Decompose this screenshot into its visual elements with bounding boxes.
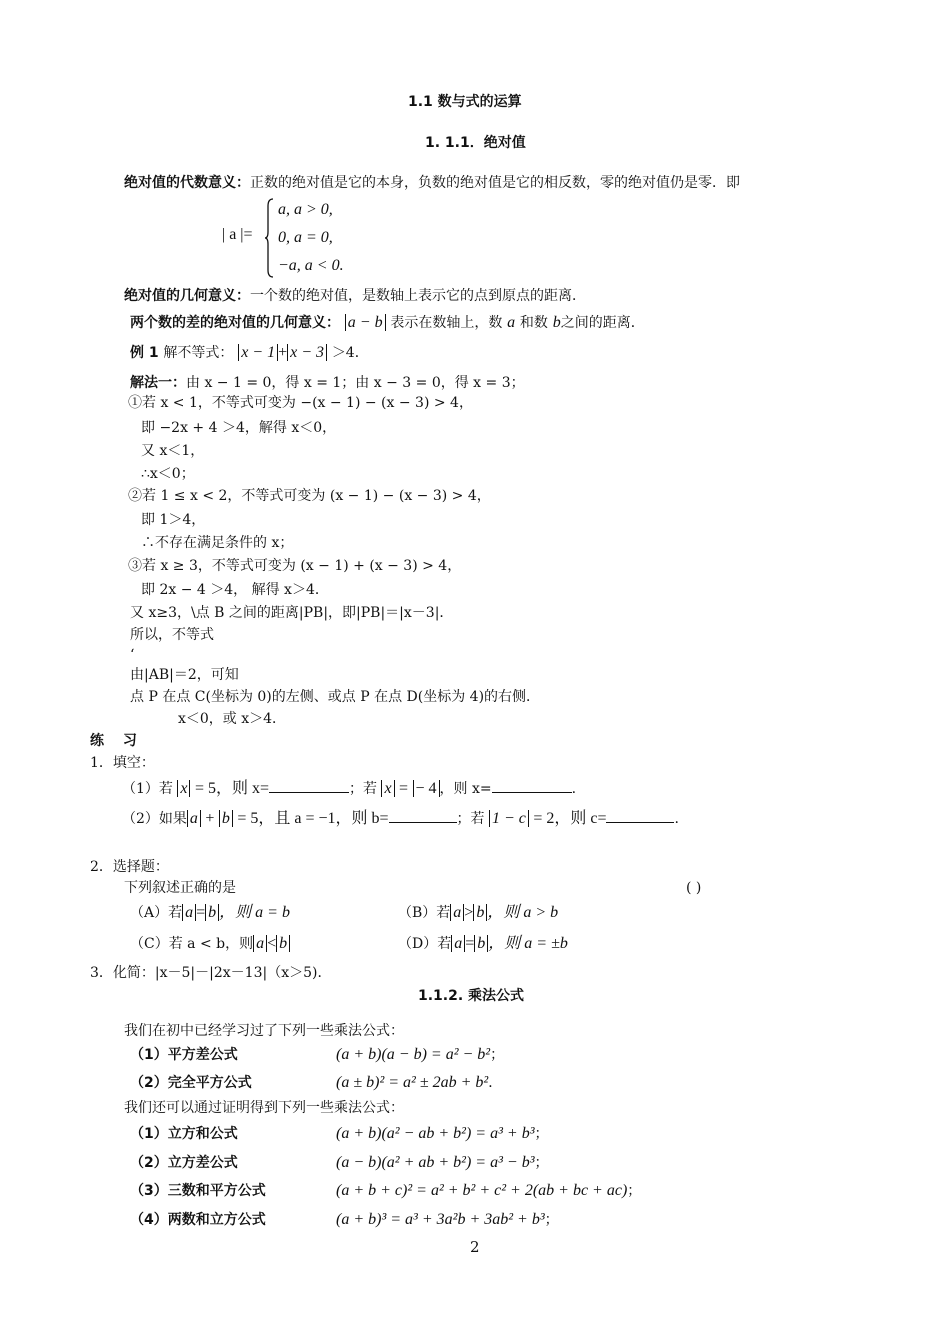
answer-blank-1[interactable] [269,778,349,793]
option-b-key: （B）若 [398,905,450,921]
exercise-title: 练 习 [90,731,137,751]
mult-intro-1: 我们在初中已经学习过了下列一些乘法公式： [124,1021,404,1041]
case-negative: −a, a < 0. [278,256,344,276]
abs-b: b [474,935,488,952]
abs-x-2: x [381,780,394,797]
formula-label-cube-diff: （2）立方差公式 [130,1153,238,1173]
option-d-tail: ，则 a = ±b [488,935,568,952]
abs-a: a [451,935,465,952]
example-prompt: 解不等式： [163,345,233,361]
q1-p2-text-3: = 2，则 c= [533,810,606,827]
formula-label-diff-squares: （1）平方差公式 [130,1045,238,1065]
piecewise-lhs: | a |= [222,226,253,244]
operator: = [465,935,474,952]
var-b: b [553,314,561,331]
q1-part-2: （2）如果a + b = 5，且 a = −1，则 b=；若 1 − c = 2… [122,808,679,829]
case-3-step: 即 2x − 4 ＞4， 解得 x＞4． [141,580,329,600]
formula-expr: (a + b)(a² − ab + b²) = a³ + b³ [336,1125,534,1142]
example-rhs: ＞4． [332,345,369,361]
period: . [572,781,576,797]
ab-distance-line: 由|AB|＝2，可知 [130,665,239,685]
answer-blank-2[interactable] [492,778,572,793]
option-a[interactable]: （A）若a=b，则 a = b [130,903,290,923]
period: . [674,811,678,827]
q1-p1-num: （1）若 [122,781,173,797]
abs-neg-4: − 4 [413,780,440,797]
geometric-meaning: 绝对值的几何意义：一个数的绝对值，是数轴上表示它的点到原点的距离． [124,285,586,306]
case-3-line: ③若 x ≥ 3，不等式可变为 (x − 1) + (x − 3) > 4， [128,556,461,576]
formula-three-sum-square: (a + b + c)² = a² + b² + c² + 2(ab + bc … [336,1181,641,1202]
q3-text: 3．化简：|x－5|－|2x－13|（x＞5)． [90,963,331,983]
method-text: 由 x − 1 = 0，得 x = 1；由 x − 3 = 0，得 x = 3； [186,375,525,391]
difference-label: 两个数的差的绝对值的几何意义： [130,315,340,331]
subsection-title-mult: 1.1.2. 乘法公式 [418,986,524,1006]
difference-text-1: 表示在数轴上，数 [390,315,502,331]
case-1-line: ①若 x < 1，不等式可变为 −(x − 1) − (x − 3) > 4， [128,393,473,413]
option-b[interactable]: （B）若a>b，则 a > b [398,903,558,923]
plus-sign: + [278,344,287,361]
case-3-cond: 又 x≥3，\点 B 之间的距离|PB|，即|PB|＝|x－3|． [130,603,453,623]
subsection-title-abs: 1. 1.1．绝对值 [425,133,526,153]
example-abs-1: x − 1 [238,344,278,361]
left-brace-icon [264,198,274,278]
example-label: 例 1 [130,345,159,361]
q2-stem: 下列叙述正确的是 [124,878,236,898]
geometric-label: 绝对值的几何意义： [124,288,250,304]
abs-x: x [177,780,190,797]
abs-a: a [253,935,267,952]
piecewise-definition: | a |= a, a > 0, 0, a = 0, −a, a < 0. [222,196,422,280]
abs-b: b [473,904,487,921]
formula-cube-diff: (a − b)(a² + ab + b²) = a³ − b³； [336,1153,548,1174]
formula-label-perfect-square: （2）完全平方公式 [130,1073,252,1093]
case-2-line: ②若 1 ≤ x < 2，不等式可变为 (x − 1) − (x − 3) > … [128,486,491,506]
option-d-key: （D）若 [398,936,451,952]
geometric-text: 一个数的绝对值，是数轴上表示它的点到原点的距离． [250,288,586,304]
q1-p1-text-4: ，则 x= [440,781,492,797]
formula-label-three-sum-square: （3）三数和平方公式 [130,1181,266,1201]
formula-cube-sum: (a + b)(a² − ab + b²) = a³ + b³； [336,1124,548,1145]
formula-expr: (a + b)³ = a³ + 3a²b + 3ab² + b³ [336,1211,545,1228]
formula-end: ． [488,1076,502,1091]
difference-meaning: 两个数的差的绝对值的几何意义： a − b 表示在数轴上，数 a 和数 b之间的… [130,312,645,333]
abs-b: b [205,904,219,921]
option-d[interactable]: （D）若a=b，则 a = ±b [398,934,568,954]
q1-p2-text-1: = 5，且 a = −1，则 b= [237,810,388,827]
difference-expr: a − b [345,314,386,331]
abs-a: a [182,904,196,921]
option-a-key: （A）若 [130,905,182,921]
case-1-cond: 又 x＜1， [141,441,204,461]
case-positive: a, a > 0, [278,200,333,220]
difference-text-2: 和数 [520,315,548,331]
var-a: a [507,314,515,331]
method-label: 解法一： [130,375,186,391]
abs-1-minus-c: 1 − c [489,810,529,827]
case-2-step: 即 1＞4， [141,510,205,530]
method-one: 解法一：由 x − 1 = 0，得 x = 1；由 x − 3 = 0，得 x … [130,372,525,393]
formula-label-cube-sum: （1）立方和公式 [130,1124,238,1144]
q1-label: 1．填空： [90,753,155,773]
answer-paren[interactable]: ( ) [686,878,701,898]
algebraic-meaning: 绝对值的代数意义：正数的绝对值是它的本身，负数的绝对值是它的相反数，零的绝对值仍… [124,172,740,193]
conclusion-line: 所以，不等式 [130,625,214,645]
option-c[interactable]: （C）若 a < b，则a<b [130,934,290,954]
formula-end: ； [627,1184,641,1199]
case-2-result: ∴不存在满足条件的 x； [141,533,293,553]
formula-diff-squares: (a + b)(a − b) = a² − b²； [336,1045,504,1066]
q1-p1-text-2: ；若 [349,781,377,797]
case-zero: 0, a = 0, [278,228,333,248]
formula-sum-cube: (a + b)³ = a³ + 3a²b + 3ab² + b³； [336,1210,559,1231]
example-abs-2: x − 3 [287,344,327,361]
formula-end: ； [545,1213,559,1228]
abs-a: a [450,904,464,921]
formula-perfect-square: (a ± b)² = a² ± 2ab + b²． [336,1073,502,1094]
equals: = [399,780,408,797]
mult-intro-2: 我们还可以通过证明得到下列一些乘法公式： [124,1098,404,1118]
example-1: 例 1 解不等式： x − 1+x − 3 ＞4． [130,342,369,363]
q1-p1-text-1: = 5，则 x= [195,780,269,797]
formula-end: ； [534,1156,548,1171]
formula-end: ； [490,1048,504,1063]
formula-expr: (a ± b)² = a² ± 2ab + b² [336,1074,488,1091]
stray-mark: ‘ [130,645,134,665]
option-b-tail: ，则 a > b [487,904,558,921]
operator: < [267,935,276,952]
plus-sign: + [205,810,214,827]
case-1-result: ∴x＜0； [141,464,195,484]
point-position-line: 点 P 在点 C(坐标为 0)的左侧、或点 P 在点 D(坐标为 4)的右侧． [130,687,540,707]
difference-text-3: 之间的距离． [561,315,645,331]
operator: > [464,904,473,921]
answer-blank-3[interactable] [389,808,457,823]
algebraic-text: 正数的绝对值是它的本身，负数的绝对值是它的相反数，零的绝对值仍是零．即 [250,175,740,191]
algebraic-label: 绝对值的代数意义： [124,175,250,191]
q1-p2-num: （2）如果 [122,811,187,827]
answer-blank-4[interactable] [606,808,674,823]
final-answer: x＜0，或 x＞4． [178,709,286,729]
formula-expr: (a − b)(a² + ab + b²) = a³ − b³ [336,1154,534,1171]
q2-label: 2．选择题： [90,857,169,877]
formula-end: ； [534,1127,548,1142]
abs-b: b [276,935,290,952]
section-title: 1.1 数与式的运算 [408,92,522,112]
formula-expr: (a + b + c)² = a² + b² + c² + 2(ab + bc … [336,1182,627,1199]
case-1-step: 即 −2x + 4 ＞4，解得 x＜0， [141,418,336,438]
option-a-tail: ，则 a = b [219,904,290,921]
formula-label-sum-cube: （4）两数和立方公式 [130,1210,266,1230]
formula-expr: (a + b)(a − b) = a² − b² [336,1046,490,1063]
option-c-key: （C）若 a < b，则 [130,936,253,952]
q1-part-1: （1）若 x = 5，则 x=；若 x = − 4，则 x=. [122,778,576,799]
abs-a: a [187,810,201,827]
abs-b: b [219,810,233,827]
page-number: 2 [470,1238,480,1256]
operator: = [196,904,205,921]
q1-p2-text-2: ；若 [457,811,485,827]
